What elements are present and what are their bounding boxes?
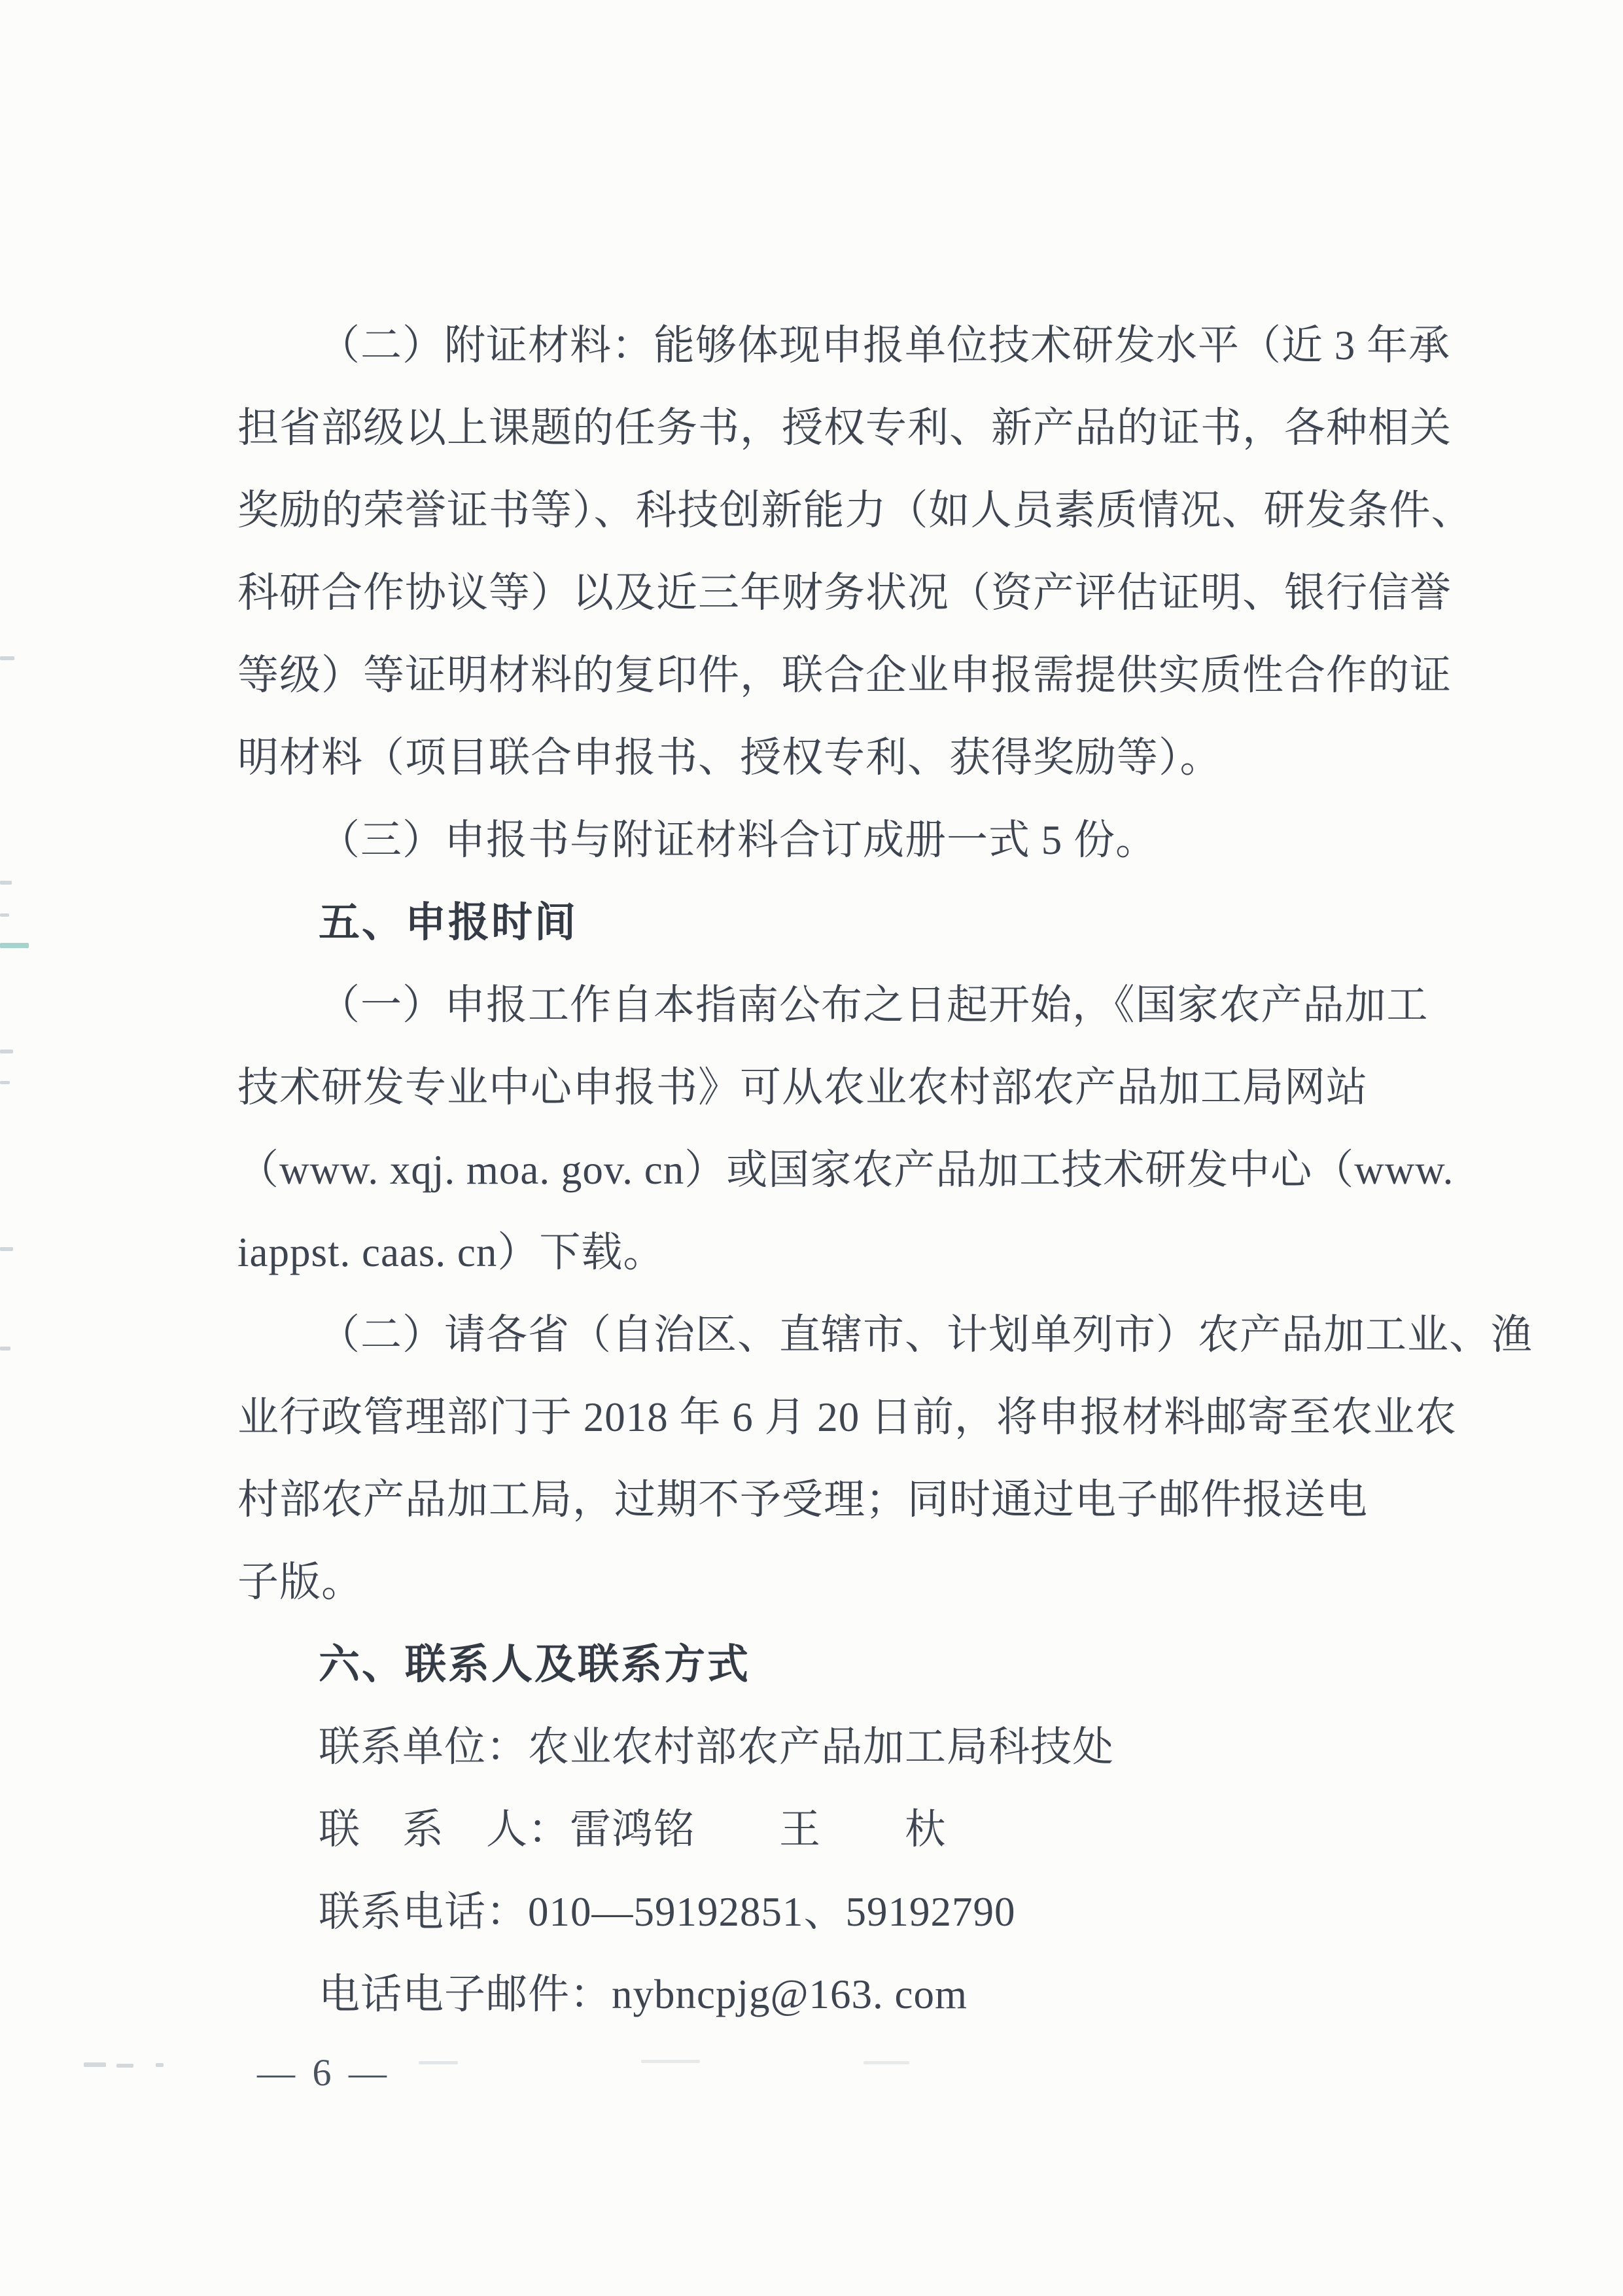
paragraph-line: 业行政管理部门于 2018 年 6 月 20 日前，将申报材料邮寄至农业农 bbox=[237, 1385, 1415, 1450]
document-page: （二）附证材料：能够体现申报单位技术研发水平（近 3 年承 担省部级以上课题的任… bbox=[0, 0, 1623, 2296]
contact-email-line: 电话电子邮件：nybncpjg@163. com bbox=[319, 1962, 1496, 2027]
paragraph-line: 科研合作协议等）以及近三年财务状况（资产评估证明、银行信誉 bbox=[237, 560, 1415, 626]
paragraph-line: （www. xqj. moa. gov. cn）或国家农产品加工技术研发中心（w… bbox=[237, 1137, 1415, 1203]
paragraph-line: （二）请各省（自治区、直辖市、计划单列市）农产品加工业、渔 bbox=[319, 1302, 1496, 1368]
paragraph-line: iappst. caas. cn）下载。 bbox=[237, 1220, 1415, 1285]
scan-artifact bbox=[0, 1050, 13, 1053]
paragraph-line: 子版。 bbox=[237, 1549, 1415, 1615]
paragraph-line: 奖励的荣誉证书等）、科技创新能力（如人员素质情况、研发条件、 bbox=[237, 478, 1415, 543]
scan-artifact bbox=[0, 1247, 13, 1251]
scan-artifact bbox=[116, 2064, 133, 2068]
paragraph-line: （二）附证材料：能够体现申报单位技术研发水平（近 3 年承 bbox=[319, 313, 1496, 378]
scan-artifact bbox=[864, 2061, 909, 2064]
scan-artifact bbox=[419, 2061, 458, 2064]
contact-person-line: 联 系 人：雷鸿铭 王 杕 bbox=[319, 1797, 1496, 1862]
paragraph-line: 担省部级以上课题的任务书，授权专利、新产品的证书，各种相关 bbox=[237, 395, 1415, 461]
scan-artifact bbox=[0, 913, 9, 917]
scan-artifact bbox=[641, 2060, 700, 2063]
scan-artifact bbox=[156, 2063, 164, 2067]
scan-artifact bbox=[84, 2062, 106, 2067]
paragraph-line: 等级）等证明材料的复印件，联合企业申报需提供实质性合作的证 bbox=[237, 643, 1415, 708]
scan-artifact bbox=[0, 1081, 10, 1084]
scan-artifact bbox=[0, 1347, 10, 1351]
paragraph-line: 明材料（项目联合申报书、授权专利、获得奖励等）。 bbox=[237, 725, 1415, 790]
paragraph-line: 村部农产品加工局，过期不予受理；同时通过电子邮件报送电 bbox=[237, 1467, 1415, 1532]
section-heading-5: 五、申报时间 bbox=[319, 890, 1496, 955]
paragraph-line: （三）申报书与附证材料合订成册一式 5 份。 bbox=[319, 807, 1496, 873]
paragraph-line: （一）申报工作自本指南公布之日起开始，《国家农产品加工 bbox=[319, 972, 1496, 1038]
scan-artifact bbox=[0, 656, 14, 660]
contact-phone-line: 联系电话：010—59192851、59192790 bbox=[319, 1879, 1496, 1945]
scan-artifact bbox=[0, 881, 12, 885]
contact-unit-line: 联系单位：农业农村部农产品加工局科技处 bbox=[319, 1714, 1496, 1780]
scan-artifact bbox=[0, 943, 29, 948]
paragraph-line: 技术研发专业中心申报书》可从农业农村部农产品加工局网站 bbox=[237, 1055, 1415, 1120]
section-heading-6: 六、联系人及联系方式 bbox=[319, 1632, 1496, 1697]
page-number: — 6 — bbox=[257, 2040, 391, 2106]
